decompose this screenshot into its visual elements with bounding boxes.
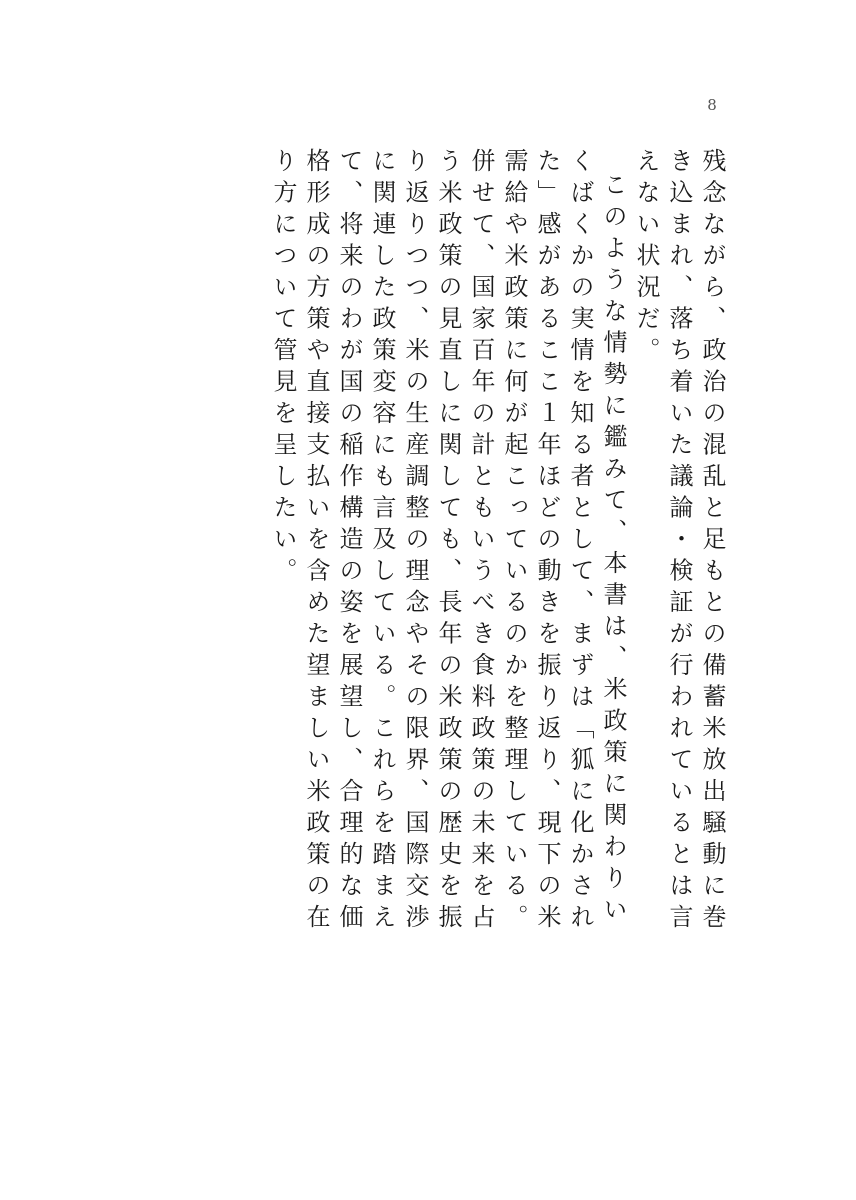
page-number: 8: [702, 96, 722, 114]
vertical-body-text: 残念ながら、政治の混乱と足もとの備蓄米放出騒動に巻き込まれ、落ち着いた議論・検証…: [266, 148, 728, 948]
document-page: 8 残念ながら、政治の混乱と足もとの備蓄米放出騒動に巻き込まれ、落ち着いた議論・…: [0, 0, 856, 1200]
paragraph-1: 残念ながら、政治の混乱と足もとの備蓄米放出騒動に巻き込まれ、落ち着いた議論・検証…: [629, 148, 728, 948]
paragraph-2: このような情勢に鑑みて、本書は、米政策に関わりいくばくかの実情を知る者として、ま…: [266, 148, 629, 948]
